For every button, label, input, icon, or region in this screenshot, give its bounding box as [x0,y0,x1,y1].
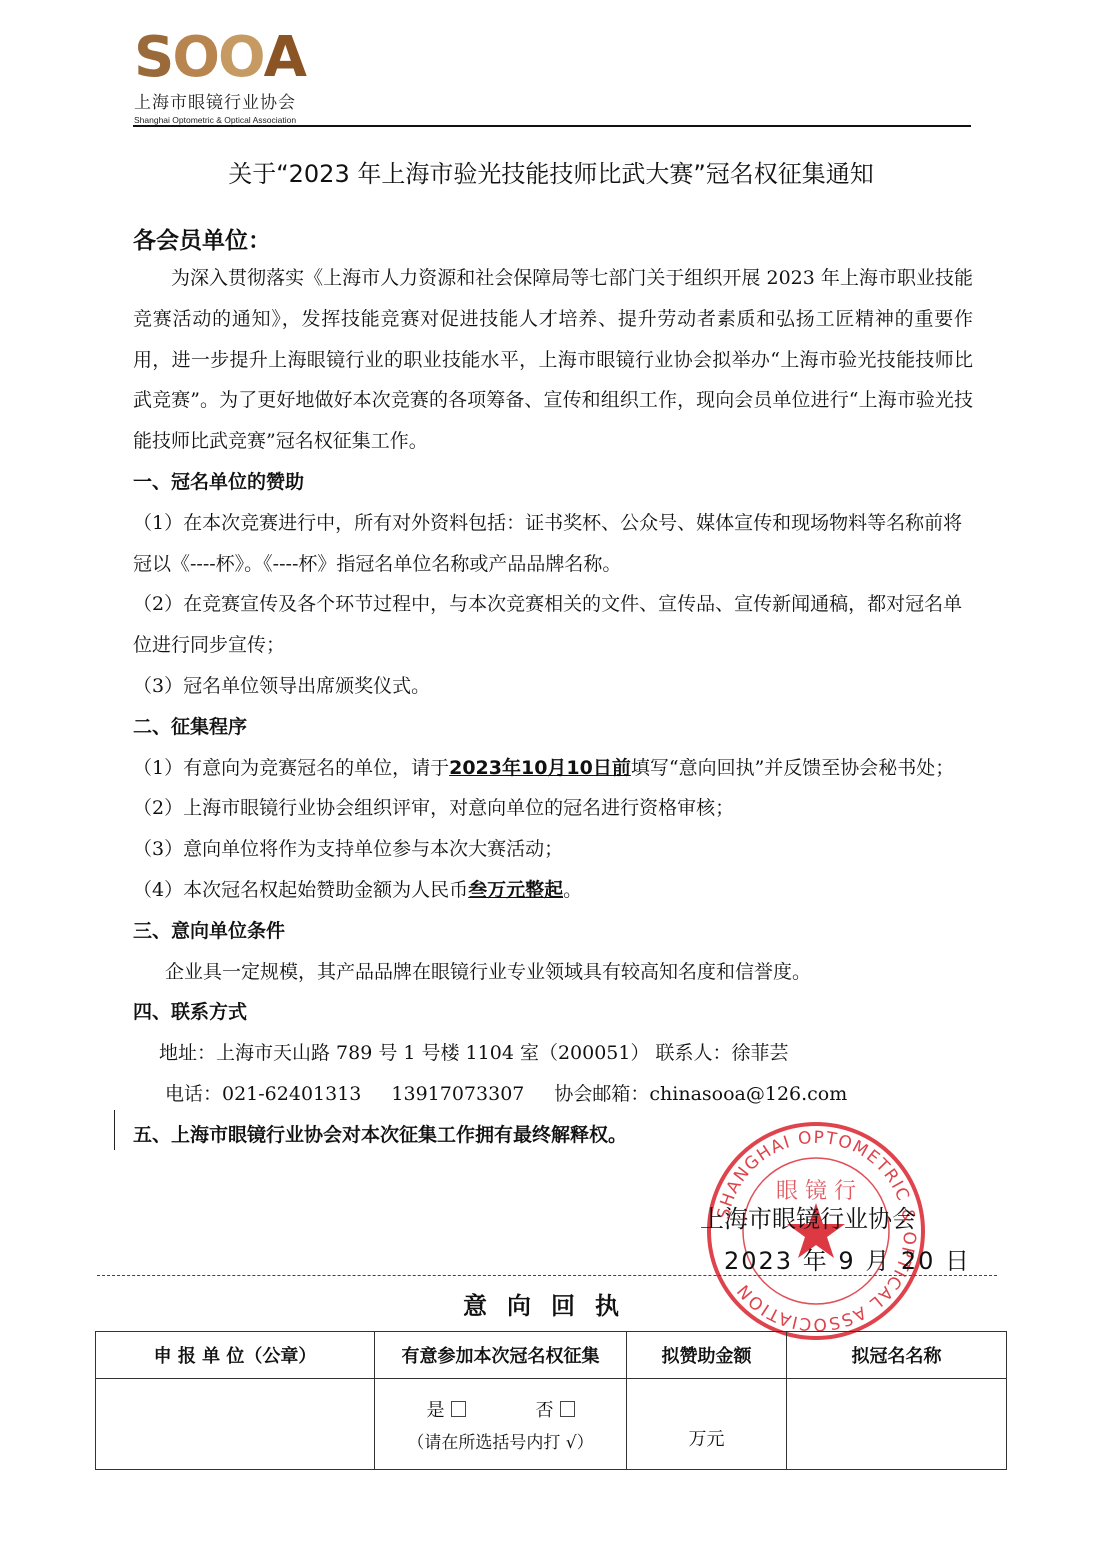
option-yes[interactable]: 是 [427,1396,466,1422]
option-no[interactable]: 否 [536,1396,575,1422]
yes-checkbox[interactable] [451,1401,466,1417]
amount-highlight: 叁万元整起 [468,879,563,901]
signature-org: 上海市眼镜行业协会 [700,1198,971,1240]
org-name-en: Shanghai Optometric & Optical Associatio… [134,115,334,125]
margin-mark [114,1110,115,1150]
cut-line-divider [97,1275,997,1276]
sponsorship-item-1: （1）在本次竞赛进行中，所有对外资料包括：证书奖杯、公众号、媒体宣传和现场物料等… [133,503,973,585]
procedure-item-4: （4）本次冠名权起始赞助金额为人民币叁万元整起。 [133,870,973,911]
sooa-logo: S O O A 上海市眼镜行业协会 Shanghai Optometric & … [134,32,334,125]
participation-cell: 是 否 （请在所选括号内打 √） [375,1379,627,1470]
participation-options: 是 否 [376,1396,625,1422]
intent-receipt-table: 申 报 单 位（公章） 有意参加本次冠名权征集 拟赞助金额 拟冠名名称 是 否 … [95,1331,1007,1470]
contact-email: 协会邮箱：chinasooa@126.com [554,1083,847,1105]
procedure-item-4-suffix: 。 [563,879,582,901]
procedure-item-3: （3）意向单位将作为支持单位参与本次大赛活动； [133,829,973,870]
applicant-unit-cell[interactable] [96,1379,375,1470]
naming-cell[interactable] [787,1379,1007,1470]
contact-phone: 电话：021-62401313 [165,1083,361,1105]
procedure-item-2: （2）上海市眼镜行业协会组织评审，对意向单位的冠名进行资格审核； [133,788,973,829]
document-title: 关于“2023 年上海市验光技能技师比武大赛”冠名权征集通知 [0,154,1102,189]
logo-letter-o: O [172,32,218,84]
procedure-item-1-prefix: （1）有意向为竞赛冠名的单位，请于 [133,757,449,779]
header-participation: 有意参加本次冠名权征集 [375,1332,627,1379]
table-row: 是 否 （请在所选括号内打 √） 万元 [96,1379,1007,1470]
logo-letter-s: S [134,32,172,84]
checkbox-hint: （请在所选括号内打 √） [376,1428,625,1453]
amount-unit: 万元 [628,1397,785,1451]
section-heading-procedure: 二、征集程序 [133,707,973,748]
yes-label: 是 [427,1400,445,1421]
section-heading-conditions: 三、意向单位条件 [133,911,973,952]
contact-phones: 电话：021-6240131313917073307协会邮箱：chinasooa… [133,1074,973,1115]
header-applicant-unit: 申 报 单 位（公章） [96,1332,375,1379]
no-label: 否 [536,1400,554,1421]
intro-paragraph: 为深入贯彻落实《上海市人力资源和社会保障局等七部门关于组织开展 2023 年上海… [133,258,973,462]
receipt-title: 意向回执 [0,1286,1102,1321]
logo-mark: S O O A [134,32,334,84]
logo-letter-o: O [218,32,264,84]
org-name-cn: 上海市眼镜行业协会 [134,88,334,113]
deadline-highlight: 2023年10月10日前 [449,757,631,779]
header-naming: 拟冠名名称 [787,1332,1007,1379]
section-heading-interpretation: 五、上海市眼镜行业协会对本次征集工作拥有最终解释权。 [133,1115,973,1156]
header-amount: 拟赞助金额 [627,1332,787,1379]
section-heading-sponsorship: 一、冠名单位的赞助 [133,462,973,503]
procedure-item-4-prefix: （4）本次冠名权起始赞助金额为人民币 [133,879,468,901]
contact-address: 地址：上海市天山路 789 号 1 号楼 1104 室（200051） 联系人：… [133,1033,973,1074]
no-checkbox[interactable] [560,1401,575,1417]
salutation: 各会员单位： [133,222,271,255]
document-body: 为深入贯彻落实《上海市人力资源和社会保障局等七部门关于组织开展 2023 年上海… [133,258,973,1156]
section-heading-contact: 四、联系方式 [133,992,973,1033]
sponsorship-item-2: （2）在竞赛宣传及各个环节过程中，与本次竞赛相关的文件、宣传品、宣传新闻通稿，都… [133,584,973,666]
contact-mobile: 13917073307 [391,1083,524,1105]
table-header-row: 申 报 单 位（公章） 有意参加本次冠名权征集 拟赞助金额 拟冠名名称 [96,1332,1007,1379]
conditions-text: 企业具一定规模，其产品品牌在眼镜行业专业领域具有较高知名度和信誉度。 [133,952,973,993]
sponsorship-item-3: （3）冠名单位领导出席颁奖仪式。 [133,666,973,707]
header-divider [133,125,971,127]
logo-letter-a: A [264,32,305,84]
procedure-item-1-suffix: 填写“意向回执”并反馈至协会秘书处； [631,757,954,779]
procedure-item-1: （1）有意向为竞赛冠名的单位，请于2023年10月10日前填写“意向回执”并反馈… [133,748,973,789]
signature-block: 上海市眼镜行业协会 2023 年 9 月 20 日 [700,1198,971,1282]
amount-cell[interactable]: 万元 [627,1379,787,1470]
